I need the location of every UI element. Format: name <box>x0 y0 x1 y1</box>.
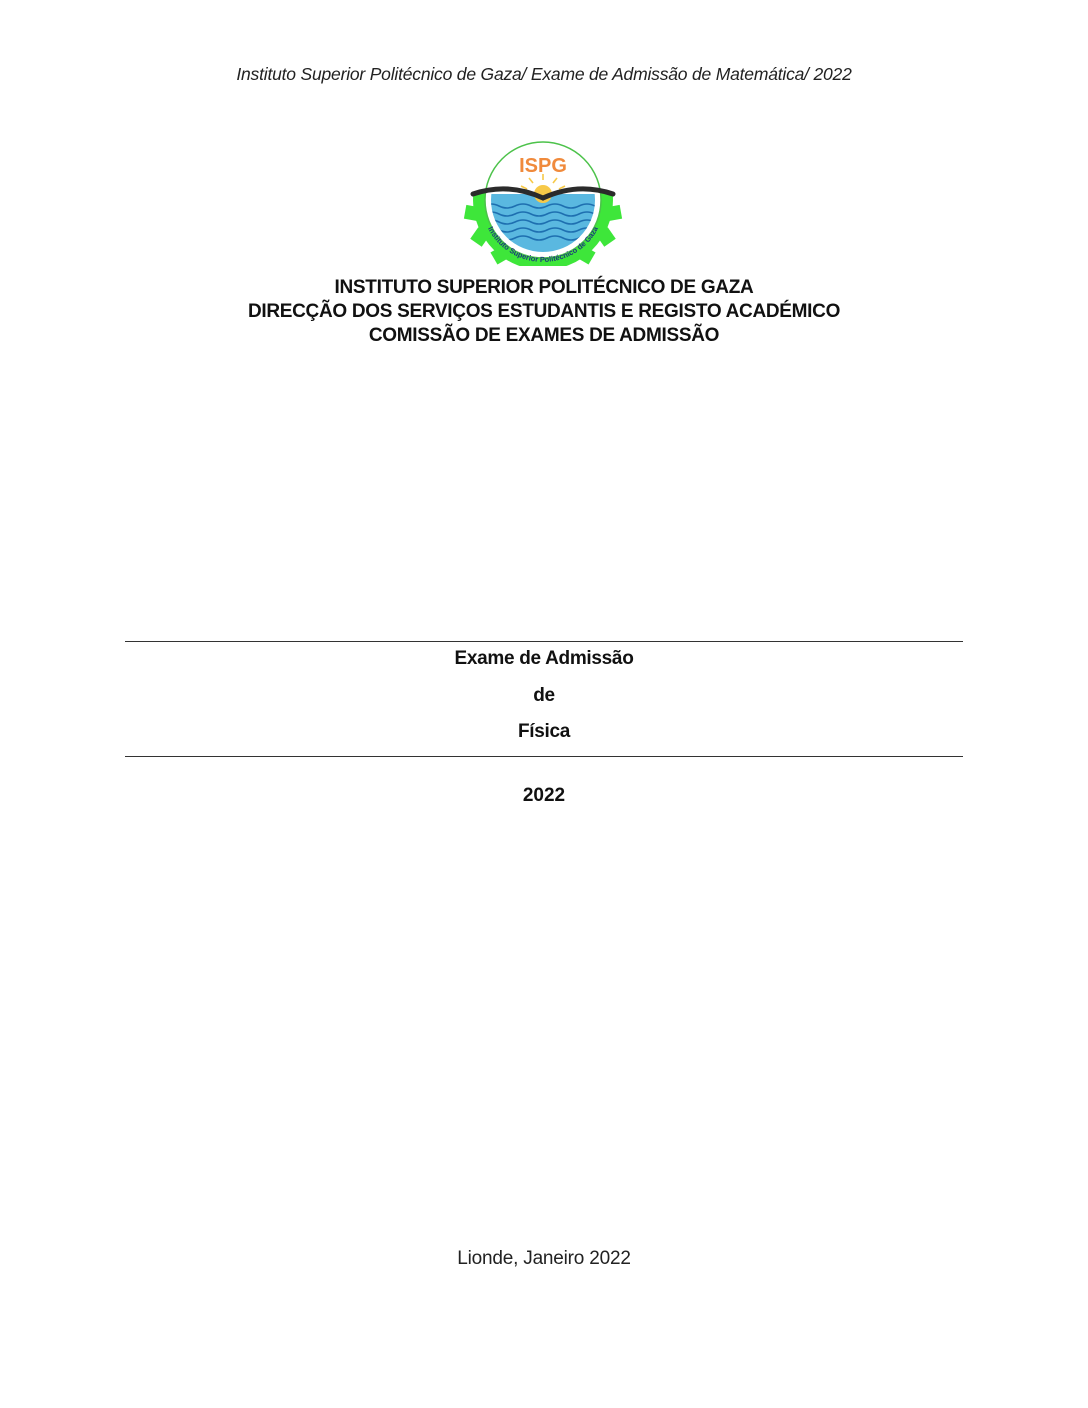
exam-title-line2: de <box>0 685 1088 707</box>
divider-bottom <box>125 756 963 757</box>
commission-name: COMISSÃO DE EXAMES DE ADMISSÃO <box>0 324 1088 348</box>
running-header: Instituto Superior Politécnico de Gaza/ … <box>0 64 1088 85</box>
exam-subject: Física <box>0 721 1088 743</box>
ispg-logo-icon: ISPG Instituto Superior Politécnico de G… <box>463 134 623 266</box>
divider-top <box>125 641 963 642</box>
institution-name: INSTITUTO SUPERIOR POLITÉCNICO DE GAZA <box>0 276 1088 300</box>
place-and-date: Lionde, Janeiro 2022 <box>0 1248 1088 1270</box>
exam-year: 2022 <box>0 785 1088 807</box>
logo-acronym: ISPG <box>519 155 567 177</box>
exam-title-line1: Exame de Admissão <box>0 648 1088 670</box>
directorate-name: DIRECÇÃO DOS SERVIÇOS ESTUDANTIS E REGIS… <box>0 300 1088 324</box>
